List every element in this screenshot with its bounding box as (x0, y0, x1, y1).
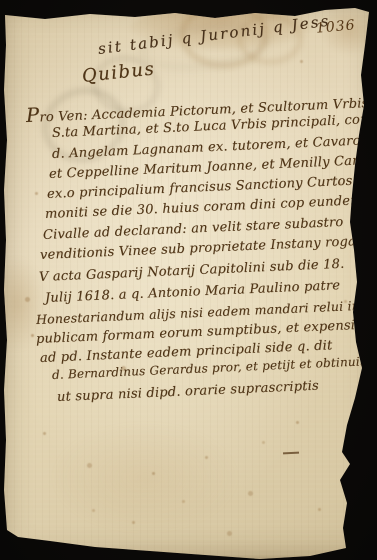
foxing-specks (0, 0, 3, 3)
manuscript-page: 1036 sit tabij q Juronij q Jess Quibus P… (0, 0, 377, 560)
stain-bottom (55, 425, 235, 530)
photo-background: 1036 sit tabij q Juronij q Jess Quibus P… (0, 0, 377, 560)
